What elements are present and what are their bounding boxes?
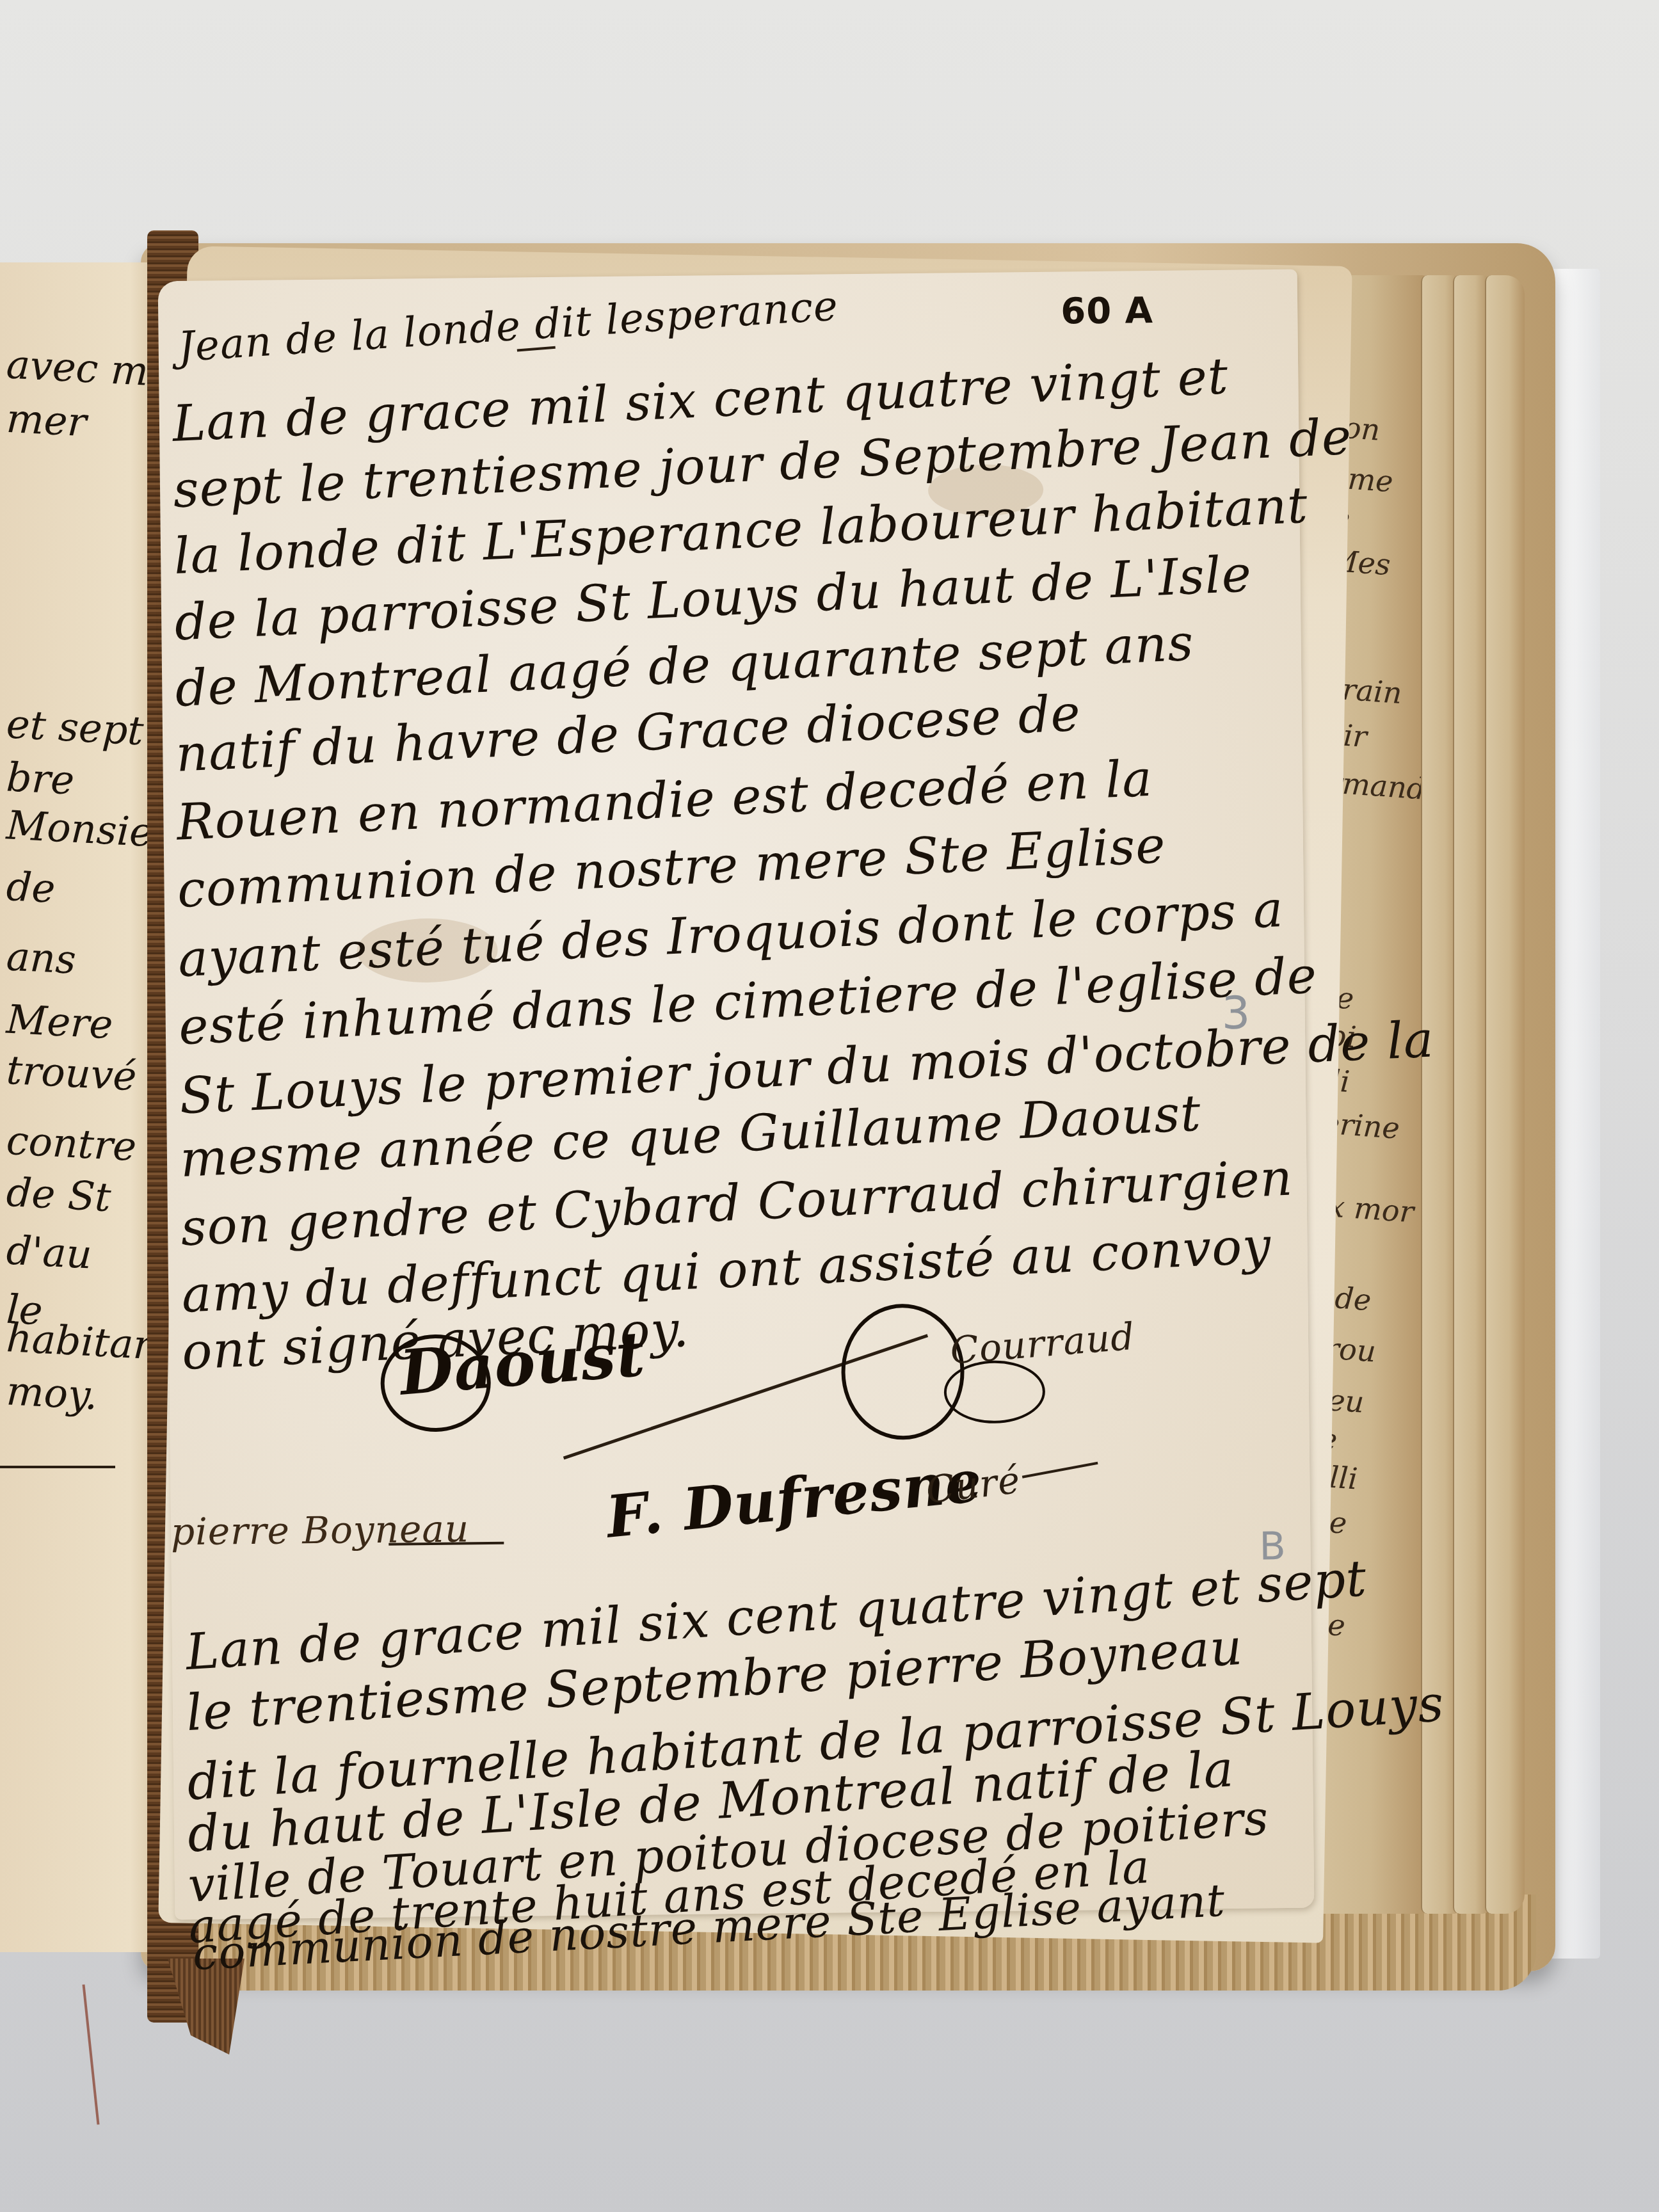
left-fragment: et sept [5, 700, 145, 754]
left-fragment: de [5, 863, 56, 912]
left-fragment: contre [5, 1117, 138, 1171]
page-edge-4 [1485, 275, 1525, 1914]
entry1-margin-heading: Jean de la londe dit lesperance [177, 282, 840, 371]
left-fragment: moy. [5, 1367, 99, 1418]
signature-underline [1022, 1462, 1098, 1479]
loose-thread [83, 1984, 100, 2124]
signature-flourish [943, 1360, 1045, 1424]
left-fragment: mer [5, 395, 88, 445]
left-fragment: de St [5, 1169, 112, 1221]
entry2-margin-heading: pierre Boyneau [171, 1507, 470, 1553]
left-fragment: trouvé [5, 1046, 138, 1100]
left-fragment: d'au [5, 1227, 93, 1278]
left-fragment: ans [5, 933, 77, 983]
signature-flourish [380, 1334, 492, 1432]
pencil-mark: 3 [1221, 987, 1251, 1039]
left-page-rule [0, 1466, 115, 1468]
left-fragment: bre [5, 753, 76, 803]
signature-flourish [840, 1303, 965, 1440]
manuscript-leaf: Jean de la londe dit lesperance 60 A Lan… [158, 269, 1315, 1919]
page-number: 60 A [1061, 290, 1153, 333]
page-edge-3 [1453, 275, 1489, 1914]
left-fragment: Mere [5, 996, 114, 1048]
